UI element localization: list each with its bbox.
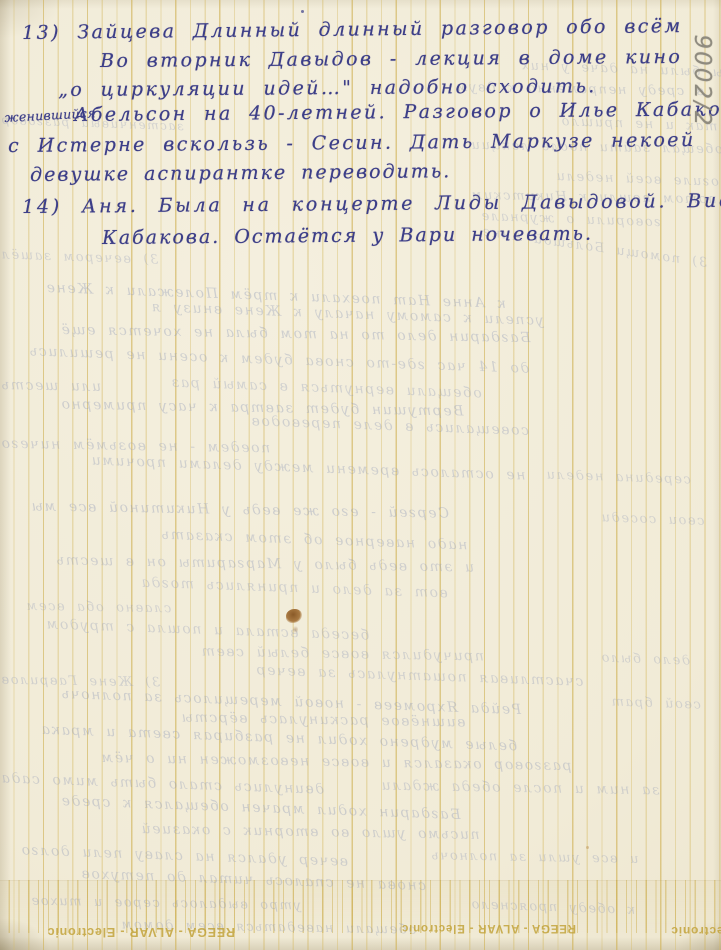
paper-stain [286,609,302,623]
verso-showthrough-line: потом пошли к Никитским [470,188,717,207]
verso-showthrough-line: к Анне Нат поехали к трём Полежали к Жен… [45,280,506,312]
verso-showthrough-line: двинулись стало быть мимо сада [0,770,324,797]
handwriting-line: 13) Зайцева Длинный длинный разговор обо… [22,15,683,44]
handwriting-line: женившийся [4,105,96,125]
verso-showthrough-layer: мы были на даче у нихв среду непременно … [0,0,721,950]
paper-speck [586,846,589,849]
verso-showthrough-line: 3) Жене Гаврилов [0,673,160,691]
handwriting-line: 14) Аня. Была на концерте Лиды Давыдовой… [22,189,721,218]
verso-showthrough-line: счастливая пошатнулась за вечер [255,662,584,689]
verso-showthrough-line: к обеду прояснело [470,897,636,918]
verso-showthrough-line: утро выдалось серое и тихое [30,894,301,914]
verso-showthrough-line: снова не спалось читал до петухов [80,866,427,894]
verso-showthrough-line: разговор оказался и вовсе невозможен ни … [100,750,572,774]
verso-showthrough-line: Рейда Яхромеев - новой мерещилось за пол… [60,686,522,718]
verso-showthrough-line: говорили о журнале [480,209,661,230]
verso-showthrough-line: вишнёвое раскинулась вёрсты [180,710,466,731]
verso-showthrough-line: обещал зайти после лекции [470,138,721,157]
notebook-page: мы были на даче у нихв среду непременно … [0,0,721,950]
stationery-brand-print: REEGA - ALVAR - Electronic [57,925,235,939]
handwriting-line: с Истерне вскользь - Сесин. Дать Маркузе… [8,129,696,157]
archival-number-pencil-note: 9002/2 [685,31,715,131]
verso-showthrough-line: совещались в деле переводов [250,413,529,439]
verso-showthrough-line: вот за дело и принялись тогда [140,575,448,602]
vertical-ruling-lines [0,0,721,950]
ink-speck [301,10,304,13]
verso-showthrough-line: могиле всей недели [555,169,721,190]
verso-showthrough-line: в среду непременно к двум [455,80,704,99]
verso-showthrough-line: Сергей - его же ведь у Никитиной все мы [30,498,449,521]
verso-showthrough-line: до 14 час где-то снова будем к осени не … [28,343,530,376]
stationery-brand-print: REEGA - ALVAR - Electronic [692,924,721,938]
verso-showthrough-line: и это ведь было у Маргариты он в шесть [55,552,474,575]
verso-showthrough-line: 3) помощи Большой Анне [480,224,708,271]
verso-showthrough-line: не осталось времени между делами прочими [90,452,526,483]
paper-stain-tail [293,625,298,634]
handwriting-line: девушке аспирантке переводить. [30,160,451,186]
verso-showthrough-line: середина недели [545,467,691,487]
verso-showthrough-line: вечер удался на славу пели долго [20,842,348,869]
verso-showthrough-line: свои соседи [600,510,705,529]
handwriting-layer: 13) Зайцева Длинный длинный разговор обо… [0,0,721,950]
handwriting-line: Кабакова. Остаётся у Вари ночевать. [102,223,593,249]
handwriting-line: Во вторник Давыдов - лекция в доме кино [100,46,682,72]
verso-showthrough-line: 3) вечером зашёл [0,247,159,268]
verso-showthrough-line: застенчивый разговор [0,113,184,133]
verso-showthrough-line: или шесть [0,377,101,395]
verso-showthrough-line: причудился вовсе белый свет [200,644,484,665]
stationery-brand-print: REEGA - ALVAR - Electronic [424,922,576,934]
handwriting-line: Абельсон на 40-летней. Разговор о Илье К… [74,98,721,126]
verso-showthrough-line: белые мудрено ходил не разбирая света и … [40,722,518,755]
verso-showthrough-line: и все ушли за полночь [430,848,639,867]
verso-showthrough-line: дело было [600,650,691,668]
verso-showthrough-line: поедем - не возьмём ничего [0,436,270,457]
handwriting-line: „о циркуляции идей…" надобно сходить. [58,75,597,101]
verso-showthrough-line: письмо ушло во вторник с оказией [140,821,480,843]
verso-showthrough-line: успели к самому началу к Жене внизу я [150,299,544,329]
verso-showthrough-line: Багдарин дело то на том была не хочется … [60,322,531,346]
verso-showthrough-line: Багдарин ходил мрачен обещался к среде [60,793,461,823]
verso-showthrough-line: надо наверное об этом сказать [160,527,468,554]
verso-showthrough-line: беседа встала и пошла с трудом [45,616,370,643]
verso-showthrough-line: свой брат [610,694,701,712]
verso-showthrough-line: обещали вернуться в самый раз [170,375,482,402]
verso-showthrough-line: славно оба всем [25,599,172,617]
verso-showthrough-line: за ним и после обеда ждали [380,778,660,799]
verso-showthrough-line: Вертушин будет завтра к часу примерно [60,396,464,419]
